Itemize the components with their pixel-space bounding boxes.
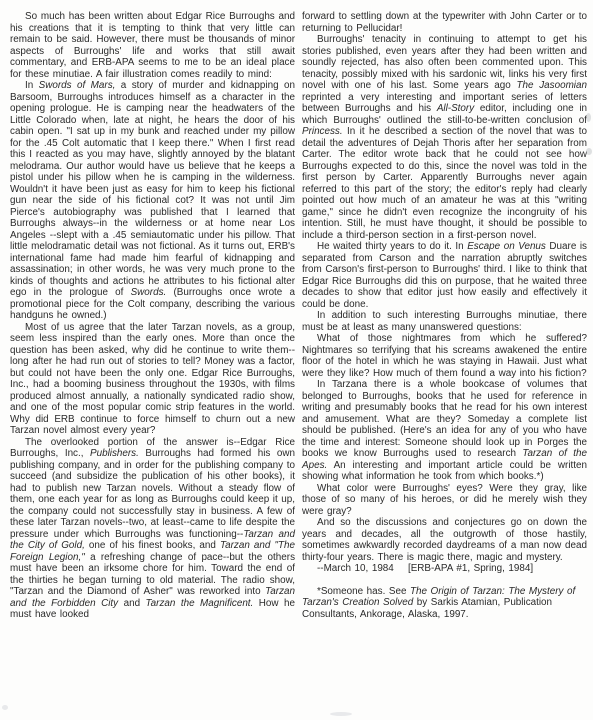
signature-line: --March 10, 1984 [ERB-APA #1, Spring, 19…: [302, 563, 587, 575]
footnote: *Someone has. See The Origin of Tarzan: …: [302, 586, 587, 621]
document-page: So much has been written about Edgar Ric…: [0, 0, 593, 720]
paragraph: In Tarzana there is a whole bookcase of …: [302, 379, 587, 483]
paragraph: In addition to such interesting Burrough…: [302, 310, 587, 333]
paragraph: What of those nightmares from which he s…: [302, 333, 587, 379]
paragraph: What color were Burroughs' eyes? Were th…: [302, 483, 587, 518]
two-column-text-body: So much has been written about Edgar Ric…: [0, 0, 593, 621]
photocopy-artifact: [586, 113, 591, 122]
left-column: So much has been written about Edgar Ric…: [10, 11, 295, 621]
photocopy-artifact: [586, 148, 592, 155]
paragraph: forward to settling down at the typewrit…: [302, 11, 587, 34]
paragraph: The overlooked portion of the answer is-…: [10, 437, 295, 621]
paragraph: Most of us agree that the later Tarzan n…: [10, 322, 295, 437]
paragraph: In Swords of Mars, a story of murder and…: [10, 80, 295, 322]
photocopy-artifact: [330, 712, 352, 716]
photocopy-artifact: [2, 705, 8, 710]
paragraph: He waited thirty years to do it. In Esca…: [302, 241, 587, 310]
paragraph: So much has been written about Edgar Ric…: [10, 11, 295, 80]
paragraph: Burroughs' tenacity in continuing to att…: [302, 34, 587, 241]
paragraph: And so the discussions and conjectures g…: [302, 517, 587, 563]
right-column: forward to settling down at the typewrit…: [302, 11, 587, 621]
